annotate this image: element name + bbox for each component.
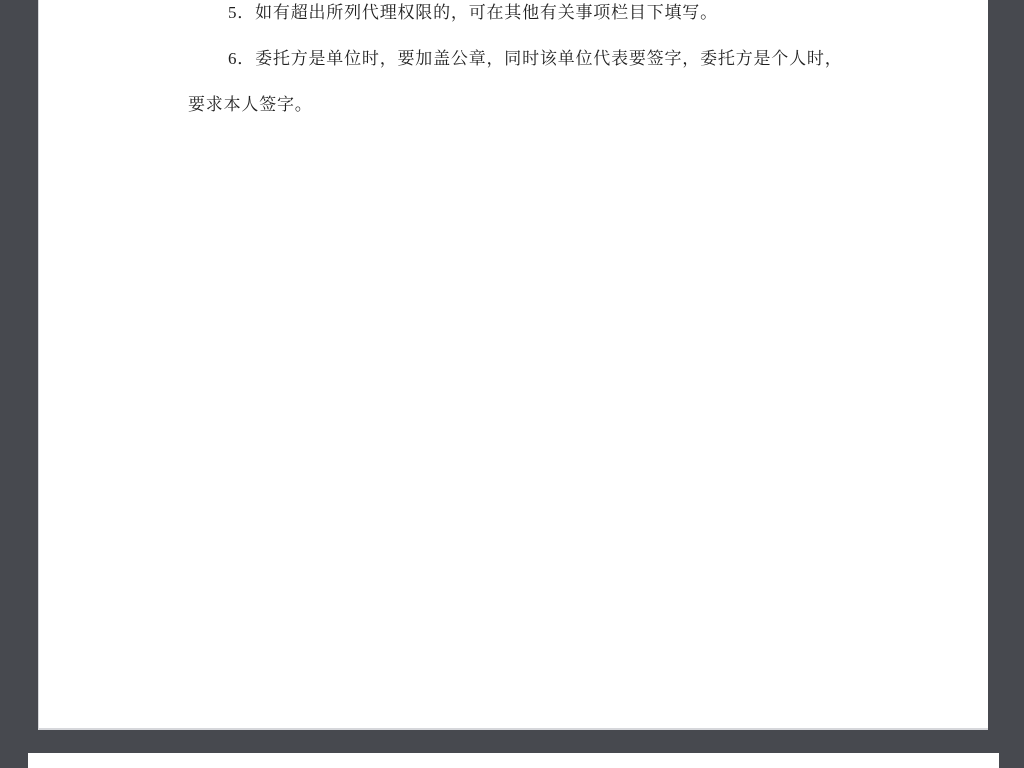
document-viewer: 5．如有超出所列代理权限的，可在其他有关事项栏目下填写。 6．委托方是单位时，要…: [0, 0, 1024, 768]
document-line: 6．委托方是单位时，要加盖公章，同时该单位代表要签字，委托方是个人时，: [188, 36, 908, 82]
document-line: 要求本人签字。: [188, 82, 908, 128]
document-page-next-top-edge: [28, 753, 999, 768]
document-line: 5．如有超出所列代理权限的，可在其他有关事项栏目下填写。: [188, 0, 908, 36]
document-text-block: 5．如有超出所列代理权限的，可在其他有关事项栏目下填写。 6．委托方是单位时，要…: [188, 0, 908, 128]
document-page-current: 5．如有超出所列代理权限的，可在其他有关事项栏目下填写。 6．委托方是单位时，要…: [38, 0, 988, 730]
